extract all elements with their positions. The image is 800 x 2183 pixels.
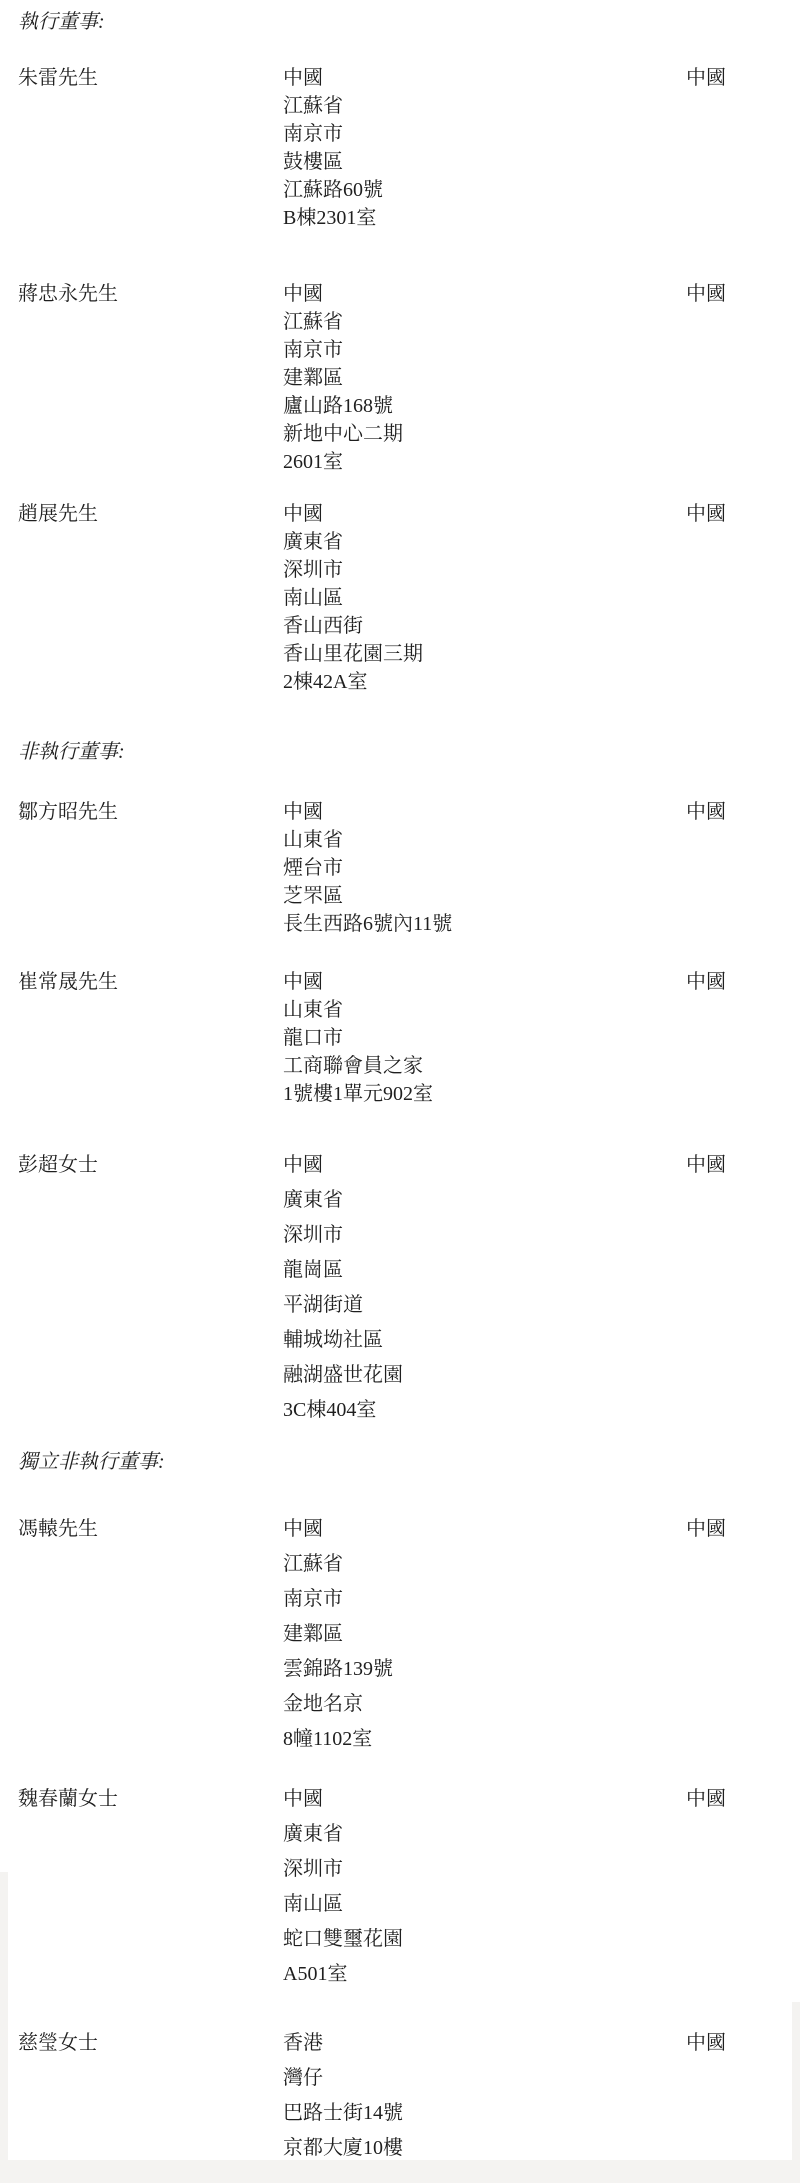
director-name: 馮轅先生 [18,1512,98,1547]
address-line: 金地名京 [283,1687,393,1722]
address-line: 中國 [283,1512,393,1547]
address-line: 廬山路168號 [283,392,403,420]
director-address: 中國 廣東省 深圳市 南山區 蛇口雙璽花園 A501室 [283,1782,403,1992]
address-line: 平湖街道 [283,1288,403,1323]
address-line: 廣東省 [283,528,423,556]
address-line: 8幢1102室 [283,1722,393,1757]
address-line: 山東省 [283,826,452,854]
director-nationality: 中國 [686,968,726,996]
address-line: 中國 [283,64,383,92]
address-line: 2601室 [283,448,403,476]
address-line: 輔城坳社區 [283,1323,403,1358]
director-nationality: 中國 [686,500,726,528]
director-name: 蔣忠永先生 [18,280,118,308]
page-edge-right [792,2002,800,2183]
address-line: 深圳市 [283,1852,403,1887]
section-title-non-executive-directors: 非執行董事: [18,738,125,766]
address-line: A501室 [283,1957,403,1992]
director-address: 中國 山東省 龍口市 工商聯會員之家 1號樓1單元902室 [283,968,433,1108]
address-line: 香山西街 [283,612,423,640]
address-line: B棟2301室 [283,204,383,232]
address-line: 廣東省 [283,1817,403,1852]
address-line: 建鄴區 [283,1617,393,1652]
address-line: 中國 [283,1148,403,1183]
address-line: 工商聯會員之家 [283,1052,433,1080]
address-line: 中國 [283,280,403,308]
page-edge-bottom [0,2160,800,2183]
address-line: 香港 [283,2026,403,2061]
director-nationality: 中國 [686,1148,726,1183]
address-line: 1號樓1單元902室 [283,1080,433,1108]
address-line: 廣東省 [283,1183,403,1218]
address-line: 芝罘區 [283,882,452,910]
director-nationality: 中國 [686,1782,726,1817]
address-line: 中國 [283,798,452,826]
address-line: 深圳市 [283,556,423,584]
address-line: 南京市 [283,120,383,148]
director-name: 鄒方昭先生 [18,798,118,826]
director-name: 慈瑩女士 [18,2026,98,2061]
address-line: 中國 [283,1782,403,1817]
director-nationality: 中國 [686,1512,726,1547]
director-address: 中國 江蘇省 南京市 鼓樓區 江蘇路60號 B棟2301室 [283,64,383,232]
address-line: 龍崗區 [283,1253,403,1288]
address-line: 3C棟404室 [283,1393,403,1428]
address-line: 建鄴區 [283,364,403,392]
address-line: 南京市 [283,1582,393,1617]
director-address: 中國 山東省 煙台市 芝罘區 長生西路6號內11號 [283,798,452,938]
director-address: 中國 廣東省 深圳市 南山區 香山西街 香山里花園三期 2棟42A室 [283,500,423,696]
address-line: 南京市 [283,336,403,364]
address-line: 雲錦路139號 [283,1652,393,1687]
address-line: 南山區 [283,584,423,612]
section-title-executive-directors: 執行董事: [18,8,105,36]
address-line: 江蘇路60號 [283,176,383,204]
address-line: 鼓樓區 [283,148,383,176]
address-line: 江蘇省 [283,92,383,120]
address-line: 中國 [283,968,433,996]
director-address: 中國 廣東省 深圳市 龍崗區 平湖街道 輔城坳社區 融湖盛世花園 3C棟404室 [283,1148,403,1428]
section-title-independent-non-executive-directors: 獨立非執行董事: [18,1448,165,1476]
director-name: 崔常晟先生 [18,968,118,996]
address-line: 新地中心二期 [283,420,403,448]
address-line: 中國 [283,500,423,528]
page-edge-left [0,1872,8,2183]
director-address: 中國 江蘇省 南京市 建鄴區 雲錦路139號 金地名京 8幢1102室 [283,1512,393,1757]
address-line: 江蘇省 [283,308,403,336]
director-nationality: 中國 [686,798,726,826]
document-page: 執行董事: 朱雷先生 中國 江蘇省 南京市 鼓樓區 江蘇路60號 B棟2301室… [0,0,800,2183]
address-line: 龍口市 [283,1024,433,1052]
director-nationality: 中國 [686,2026,726,2061]
address-line: 江蘇省 [283,1547,393,1582]
address-line: 煙台市 [283,854,452,882]
director-name: 趙展先生 [18,500,98,528]
address-line: 香山里花園三期 [283,640,423,668]
address-line: 巴路士街14號 [283,2096,403,2131]
address-line: 南山區 [283,1887,403,1922]
address-line: 融湖盛世花園 [283,1358,403,1393]
director-name: 魏春蘭女士 [18,1782,118,1817]
director-name: 彭超女士 [18,1148,98,1183]
director-address: 中國 江蘇省 南京市 建鄴區 廬山路168號 新地中心二期 2601室 [283,280,403,476]
address-line: 灣仔 [283,2061,403,2096]
director-nationality: 中國 [686,64,726,92]
address-line: 山東省 [283,996,433,1024]
address-line: 深圳市 [283,1218,403,1253]
director-name: 朱雷先生 [18,64,98,92]
address-line: 長生西路6號內11號 [283,910,452,938]
director-address: 香港 灣仔 巴路士街14號 京都大廈10樓 [283,2026,403,2166]
address-line: 蛇口雙璽花園 [283,1922,403,1957]
address-line: 2棟42A室 [283,668,423,696]
director-nationality: 中國 [686,280,726,308]
